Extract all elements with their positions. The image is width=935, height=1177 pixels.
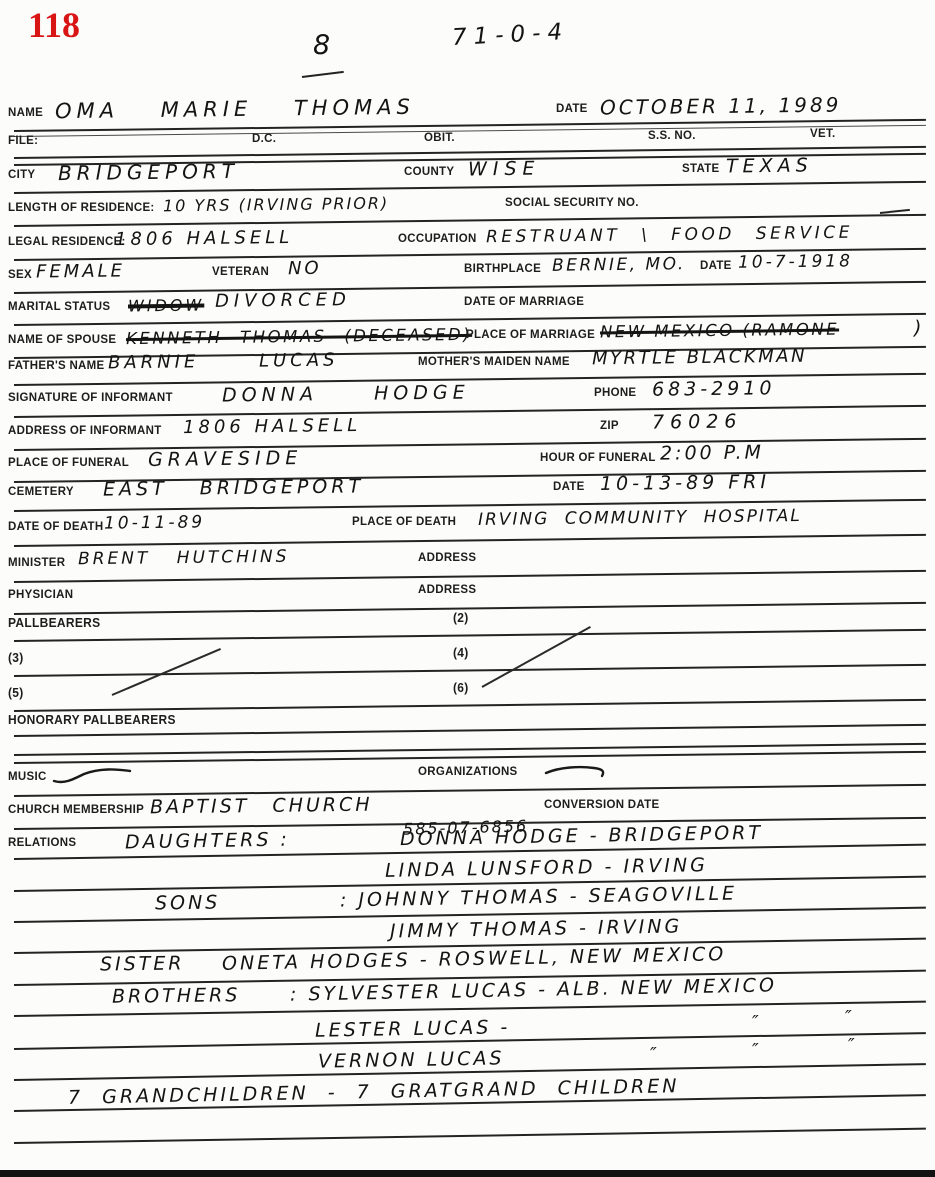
- honorary-pallbearers-label: HONORARY PALLBEARERS: [8, 713, 176, 728]
- pallbearers-label: PALLBEARERS: [8, 616, 100, 631]
- birth-date-label: DATE: [700, 260, 732, 273]
- rule-line: [14, 281, 926, 294]
- organizations-label: ORGANIZATIONS: [418, 766, 518, 779]
- social-security-label: SOCIAL SECURITY NO.: [505, 197, 639, 210]
- vet-label: VET.: [810, 128, 836, 141]
- file-label: FILE:: [8, 135, 38, 148]
- relations-group-sister: SISTER: [100, 952, 185, 975]
- relations-group-daughters: DAUGHTERS :: [125, 829, 290, 854]
- relation-line: LESTER LUCAS -: [315, 1016, 511, 1041]
- rule-line: [14, 534, 926, 547]
- length-of-residence-value: 10 YRS (IRVING PRIOR): [163, 194, 389, 216]
- place-of-marriage-struck-value: NEW MEXICO (RAMONE: [600, 320, 839, 342]
- funeral-date-label: DATE: [553, 481, 585, 494]
- relation-line: : JOHNNY THOMAS - SEAGOVILLE: [340, 883, 737, 912]
- place-of-death-value: IRVING COMMUNITY HOSPITAL: [478, 506, 802, 530]
- zip-value: 76026: [652, 410, 743, 433]
- minister-address-label: ADDRESS: [418, 552, 476, 565]
- funeral-date-value: 10-13-89 FRI: [600, 471, 770, 495]
- county-value: WISE: [468, 158, 541, 181]
- place-of-funeral-value: GRAVESIDE: [148, 447, 303, 471]
- cemetery-label: CEMETERY: [8, 486, 74, 499]
- funeral-record-page: 118 8 71-0-4 NAME OMA MARIE THOMAS DATE …: [0, 0, 935, 1177]
- place-of-marriage-paren: ): [914, 317, 925, 339]
- name-value: OMA MARIE THOMAS: [55, 95, 415, 123]
- informant-signature-label: SIGNATURE OF INFORMANT: [8, 392, 173, 405]
- page-number-underline: [302, 71, 344, 78]
- place-of-funeral-label: PLACE OF FUNERAL: [8, 457, 129, 470]
- rule-line: [14, 570, 926, 583]
- mother-maiden-name-label: MOTHER'S MAIDEN NAME: [418, 356, 570, 369]
- relation-line: JIMMY THOMAS - IRVING: [390, 915, 683, 942]
- pallbearer-5-label: (5): [8, 686, 24, 701]
- county-label: COUNTY: [404, 166, 454, 179]
- father-name-label: FATHER'S NAME: [8, 360, 105, 373]
- occupation-label: OCCUPATION: [398, 233, 477, 246]
- document-number-stamp: 118: [28, 4, 80, 46]
- organizations-dash-mark: [544, 763, 608, 779]
- marital-status-struck-value: WIDOW: [128, 296, 205, 316]
- phone-value: 683-2910: [652, 377, 776, 401]
- spouse-struck-value: KENNETH THOMAS (DECEASED): [126, 325, 472, 348]
- sex-value: FEMALE: [36, 260, 125, 282]
- marital-status-label: MARITAL STATUS: [8, 301, 110, 314]
- dc-label: D.C.: [252, 133, 276, 146]
- ditto-mark: ″: [845, 1007, 856, 1028]
- date-of-marriage-label: DATE OF MARRIAGE: [464, 296, 584, 309]
- place-of-death-label: PLACE OF DEATH: [352, 516, 456, 529]
- handwritten-case-code: 71-0-4: [451, 19, 569, 51]
- scan-edge-bar: [0, 1170, 935, 1177]
- place-of-marriage-label: PLACE OF MARRIAGE: [466, 329, 595, 342]
- pallbearer-4-label: (4): [453, 646, 469, 661]
- ditto-mark: ″: [752, 1012, 763, 1033]
- name-label: NAME: [8, 107, 43, 120]
- relations-group-brothers: BROTHERS: [112, 984, 241, 1008]
- ditto-mark: ″: [752, 1040, 763, 1061]
- length-of-residence-label: LENGTH OF RESIDENCE:: [8, 202, 155, 215]
- occupation-value: RESTRUANT \ FOOD SERVICE: [486, 223, 853, 247]
- obit-label: OBIT.: [424, 132, 455, 145]
- music-dash-mark: [52, 767, 134, 785]
- state-value: TEXAS: [726, 154, 813, 177]
- record-date-label: DATE: [556, 103, 588, 116]
- mother-maiden-name-value: MYRTLE BLACKMAN: [592, 346, 807, 370]
- phone-label: PHONE: [594, 387, 636, 400]
- city-label: CITY: [8, 169, 35, 182]
- ditto-mark: ″: [650, 1044, 661, 1065]
- informant-address-value: 1806 HALSELL: [183, 415, 362, 438]
- state-label: STATE: [682, 163, 720, 176]
- music-label: MUSIC: [8, 771, 47, 784]
- sex-label: SEX: [8, 269, 32, 282]
- date-of-death-label: DATE OF DEATH: [8, 521, 103, 534]
- minister-value: BRENT HUTCHINS: [78, 547, 290, 570]
- rule-line: [14, 1128, 926, 1144]
- birthplace-label: BIRTHPLACE: [464, 263, 541, 276]
- relations-label: RELATIONS: [8, 837, 76, 850]
- physician-address-label: ADDRESS: [418, 584, 476, 597]
- pallbearer-2-label: (2): [453, 611, 469, 626]
- rule-line: [14, 125, 926, 137]
- church-membership-value: BAPTIST CHURCH: [150, 794, 373, 819]
- rule-line: [14, 699, 926, 712]
- minister-label: MINISTER: [8, 557, 65, 570]
- father-name-value: BARNIE LUCAS: [108, 350, 339, 374]
- relations-group-sons: SONS: [155, 892, 221, 915]
- conversion-date-label: CONVERSION DATE: [544, 799, 659, 812]
- city-value: BRIDGEPORT: [58, 159, 239, 185]
- pallbearer-3-label: (3): [8, 651, 24, 666]
- rule-line: [14, 629, 926, 642]
- rule-line: [14, 784, 926, 797]
- hour-of-funeral-value: 2:00 P.M: [660, 441, 764, 464]
- veteran-value: NO: [288, 258, 322, 279]
- pallbearer-6-label: (6): [453, 681, 469, 696]
- cemetery-value: EAST BRIDGEPORT: [103, 475, 364, 500]
- relation-line: VERNON LUCAS: [318, 1047, 505, 1072]
- physician-label: PHYSICIAN: [8, 589, 73, 602]
- rule-line: [14, 405, 926, 418]
- church-membership-label: CHURCH MEMBERSHIP: [8, 804, 144, 817]
- informant-address-label: ADDRESS OF INFORMANT: [8, 425, 162, 438]
- birthplace-value: BERNIE, MO.: [552, 254, 686, 276]
- rule-line: [14, 664, 926, 677]
- hour-of-funeral-label: HOUR OF FUNERAL: [540, 452, 656, 465]
- relation-line: LINDA LUNSFORD - IRVING: [385, 854, 708, 882]
- legal-residence-label: LEGAL RESIDENCE:: [8, 236, 126, 249]
- spouse-label: NAME OF SPOUSE: [8, 334, 116, 347]
- veteran-label: VETERAN: [212, 266, 269, 279]
- birth-date-value: 10-7-1918: [738, 251, 853, 272]
- rule-line: [14, 602, 926, 615]
- rule-line: [14, 373, 926, 386]
- date-of-death-value: 10-11-89: [104, 512, 205, 533]
- informant-signature-value: DONNA HODGE: [222, 381, 470, 406]
- handwritten-page-number: 8: [313, 30, 334, 61]
- zip-label: ZIP: [600, 420, 619, 433]
- marital-status-value: DIVORCED: [215, 289, 351, 312]
- legal-residence-value: 1806 HALSELL: [115, 227, 294, 250]
- record-date-value: OCTOBER 11, 1989: [600, 93, 842, 120]
- ditto-mark: ″: [848, 1035, 859, 1056]
- ss-no-label: S.S. NO.: [648, 130, 696, 143]
